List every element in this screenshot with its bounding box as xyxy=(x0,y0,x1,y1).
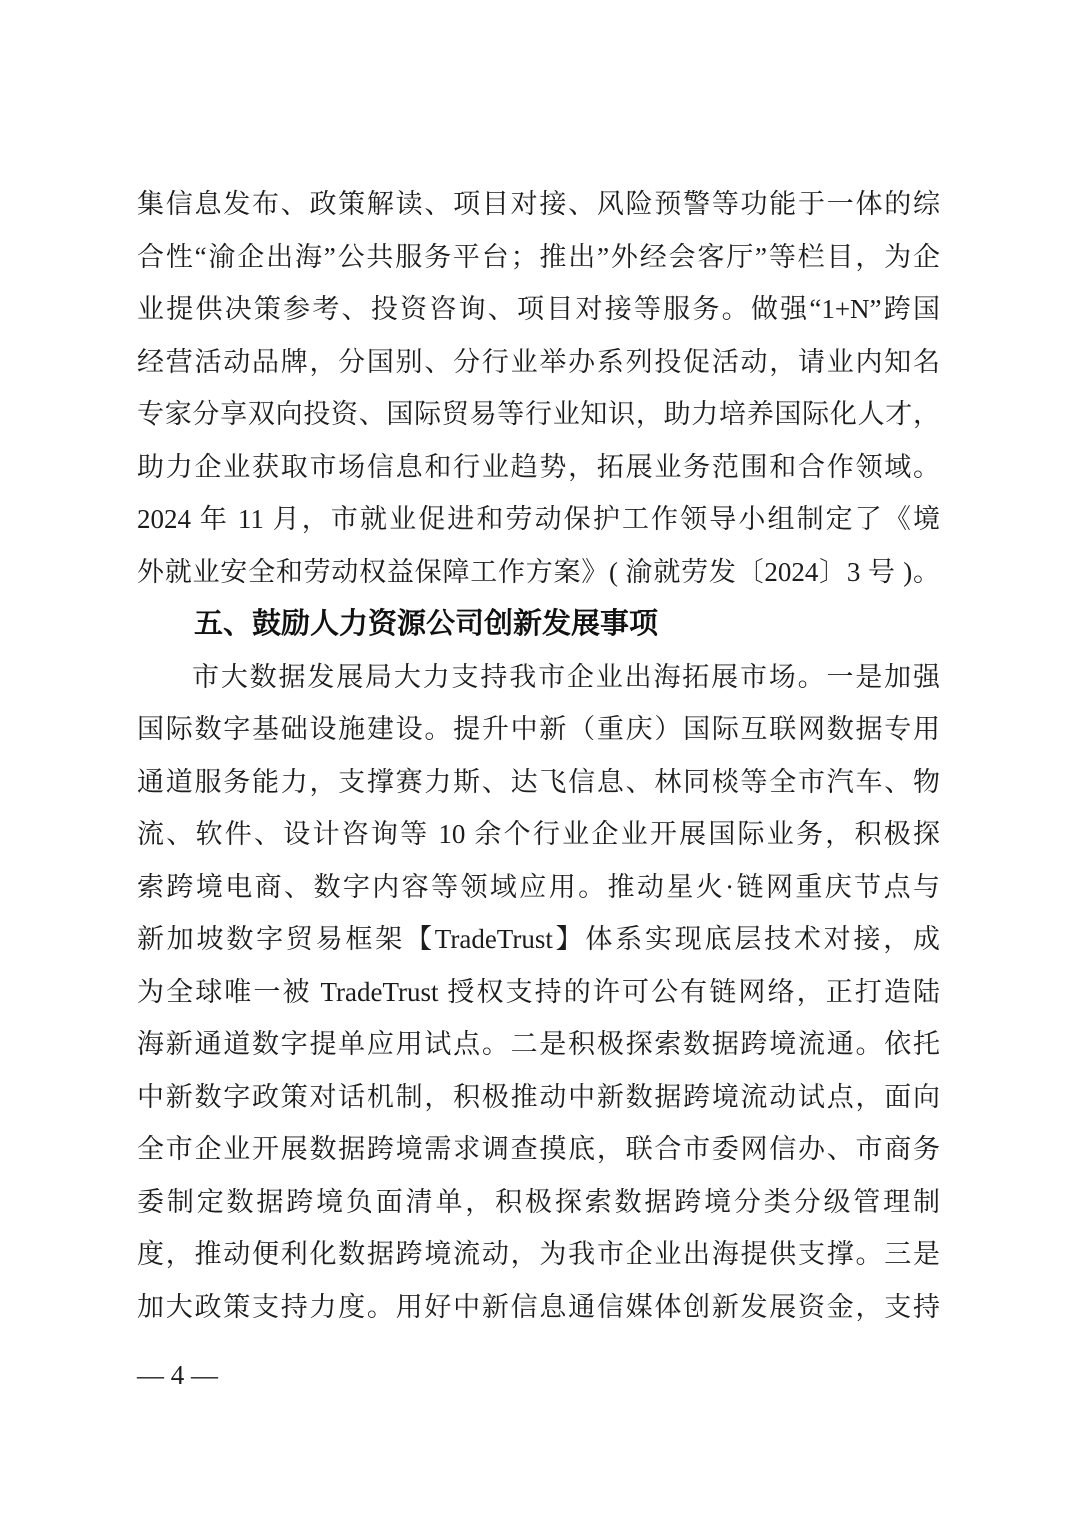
body-line: 合性“渝企出海”公共服务平台；推出”外经会客厅”等栏目，为企 xyxy=(137,231,940,284)
body-line: 索跨境电商、数字内容等领域应用。推动星火·链网重庆节点与 xyxy=(137,861,940,914)
document-body: 集信息发布、政策解读、项目对接、风险预警等功能于一体的综 合性“渝企出海”公共服… xyxy=(137,178,940,1333)
body-line: 度，推动便利化数据跨境流动，为我市企业出海提供支撑。三是 xyxy=(137,1228,940,1281)
body-line: 市大数据发展局大力支持我市企业出海拓展市场。一是加强 xyxy=(137,651,940,704)
body-line: 新加坡数字贸易框架【TradeTrust】体系实现底层技术对接，成 xyxy=(137,913,940,966)
paragraph-section-five: 市大数据发展局大力支持我市企业出海拓展市场。一是加强 国际数字基础设施建设。提升… xyxy=(137,651,940,1334)
body-line: 助力企业获取市场信息和行业趋势，拓展业务范围和合作领域。 xyxy=(137,441,940,494)
body-line: 全市企业开展数据跨境需求调查摸底，联合市委网信办、市商务 xyxy=(137,1123,940,1176)
body-line: 专家分享双向投资、国际贸易等行业知识，助力培养国际化人才， xyxy=(137,388,940,441)
body-line: 流、软件、设计咨询等 10 余个行业企业开展国际业务，积极探 xyxy=(137,808,940,861)
body-line: 外就业安全和劳动权益保障工作方案》( 渝就劳发〔2024〕3 号 )。 xyxy=(137,546,940,599)
body-line: 委制定数据跨境负面清单，积极探索数据跨境分类分级管理制 xyxy=(137,1176,940,1229)
document-page: 集信息发布、政策解读、项目对接、风险预警等功能于一体的综 合性“渝企出海”公共服… xyxy=(0,0,1074,1520)
paragraph-continuation: 集信息发布、政策解读、项目对接、风险预警等功能于一体的综 合性“渝企出海”公共服… xyxy=(137,178,940,598)
body-line: 海新通道数字提单应用试点。二是积极探索数据跨境流通。依托 xyxy=(137,1018,940,1071)
body-line: 经营活动品牌，分国别、分行业举办系列投促活动，请业内知名 xyxy=(137,336,940,389)
section-heading: 五、鼓励人力资源公司创新发展事项 xyxy=(137,598,940,651)
body-line: 通道服务能力，支撑赛力斯、达飞信息、林同棪等全市汽车、物 xyxy=(137,756,940,809)
body-line: 业提供决策参考、投资咨询、项目对接等服务。做强“1+N”跨国 xyxy=(137,283,940,336)
page-number: — 4 — xyxy=(137,1355,218,1395)
body-line: 国际数字基础设施建设。提升中新（重庆）国际互联网数据专用 xyxy=(137,703,940,756)
body-line: 中新数字政策对话机制，积极推动中新数据跨境流动试点，面向 xyxy=(137,1071,940,1124)
body-line: 为全球唯一被 TradeTrust 授权支持的许可公有链网络，正打造陆 xyxy=(137,966,940,1019)
body-line: 集信息发布、政策解读、项目对接、风险预警等功能于一体的综 xyxy=(137,178,940,231)
body-line: 加大政策支持力度。用好中新信息通信媒体创新发展资金，支持 xyxy=(137,1281,940,1334)
body-line: 2024 年 11 月，市就业促进和劳动保护工作领导小组制定了《境 xyxy=(137,493,940,546)
